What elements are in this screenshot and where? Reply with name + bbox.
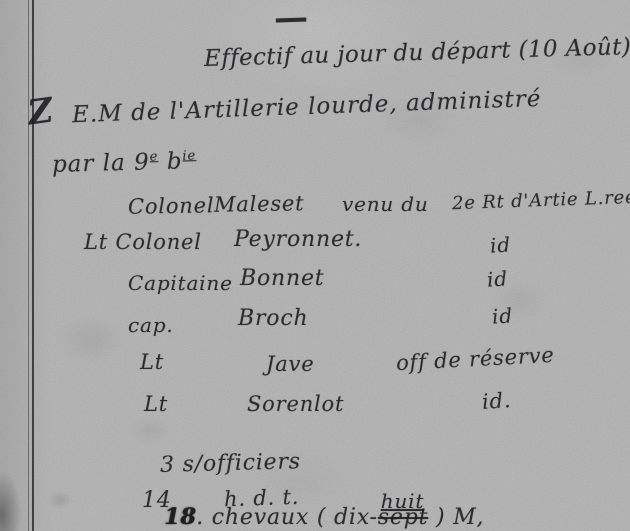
page-number-dash: — bbox=[273, 0, 309, 39]
officer-rank: Lt Colonel bbox=[84, 230, 202, 254]
heading-line-2-mid: b bbox=[158, 148, 183, 175]
officer-name: Broch bbox=[238, 306, 308, 331]
officer-rank: Colonel bbox=[128, 193, 215, 219]
horses-text-end: ) M, bbox=[428, 505, 484, 530]
officer-note-ditto: id. bbox=[481, 388, 512, 414]
officer-note: 2e Rt d'Artie L.ree bbox=[452, 187, 630, 214]
margin-rule-dark bbox=[32, 0, 34, 531]
officer-name: Peyronnet. bbox=[234, 227, 362, 252]
officer-rank: Lt bbox=[140, 350, 164, 374]
officer-name: Sorenlot bbox=[247, 392, 344, 416]
officer-note: off de réserve bbox=[395, 343, 555, 375]
heading-line-2-text: par la 9 bbox=[52, 149, 150, 178]
officer-name: Jave bbox=[266, 352, 314, 376]
officer-origin: venu du bbox=[342, 192, 429, 216]
officer-note-ditto: id bbox=[491, 303, 513, 328]
total-horses-line: 18. chevaux ( dix-septhuit ) M, bbox=[164, 504, 484, 530]
officer-name: Maleset bbox=[214, 191, 305, 217]
officer-name: Bonnet bbox=[240, 266, 324, 291]
horses-word-inserted: huit bbox=[381, 489, 424, 513]
horses-correction: septhuit bbox=[378, 505, 428, 530]
horses-text: . chevaux ( dix- bbox=[196, 505, 378, 530]
officer-rank: Capitaine bbox=[128, 271, 233, 295]
officer-note-ditto: id bbox=[489, 232, 511, 257]
section-mark: Z bbox=[25, 90, 56, 133]
page-title: Effectif au jour du départ (10 Août) bbox=[204, 34, 630, 72]
heading-line-2: par la 9e bie bbox=[52, 148, 197, 178]
officer-note-ditto: id bbox=[486, 266, 508, 291]
total-sous-officiers: 3 s/officiers bbox=[160, 449, 301, 478]
heading-line-1: E.M de l'Artillerie lourde, administré bbox=[72, 86, 542, 128]
superscript-ie: ie bbox=[182, 148, 196, 163]
officer-rank: Lt bbox=[144, 392, 168, 416]
officer-rank: cap. bbox=[128, 313, 174, 337]
margin-rule-light bbox=[28, 0, 29, 531]
horses-count-overwritten: 18 bbox=[164, 504, 196, 530]
manuscript-page: — Effectif au jour du départ (10 Août) Z… bbox=[0, 0, 630, 531]
